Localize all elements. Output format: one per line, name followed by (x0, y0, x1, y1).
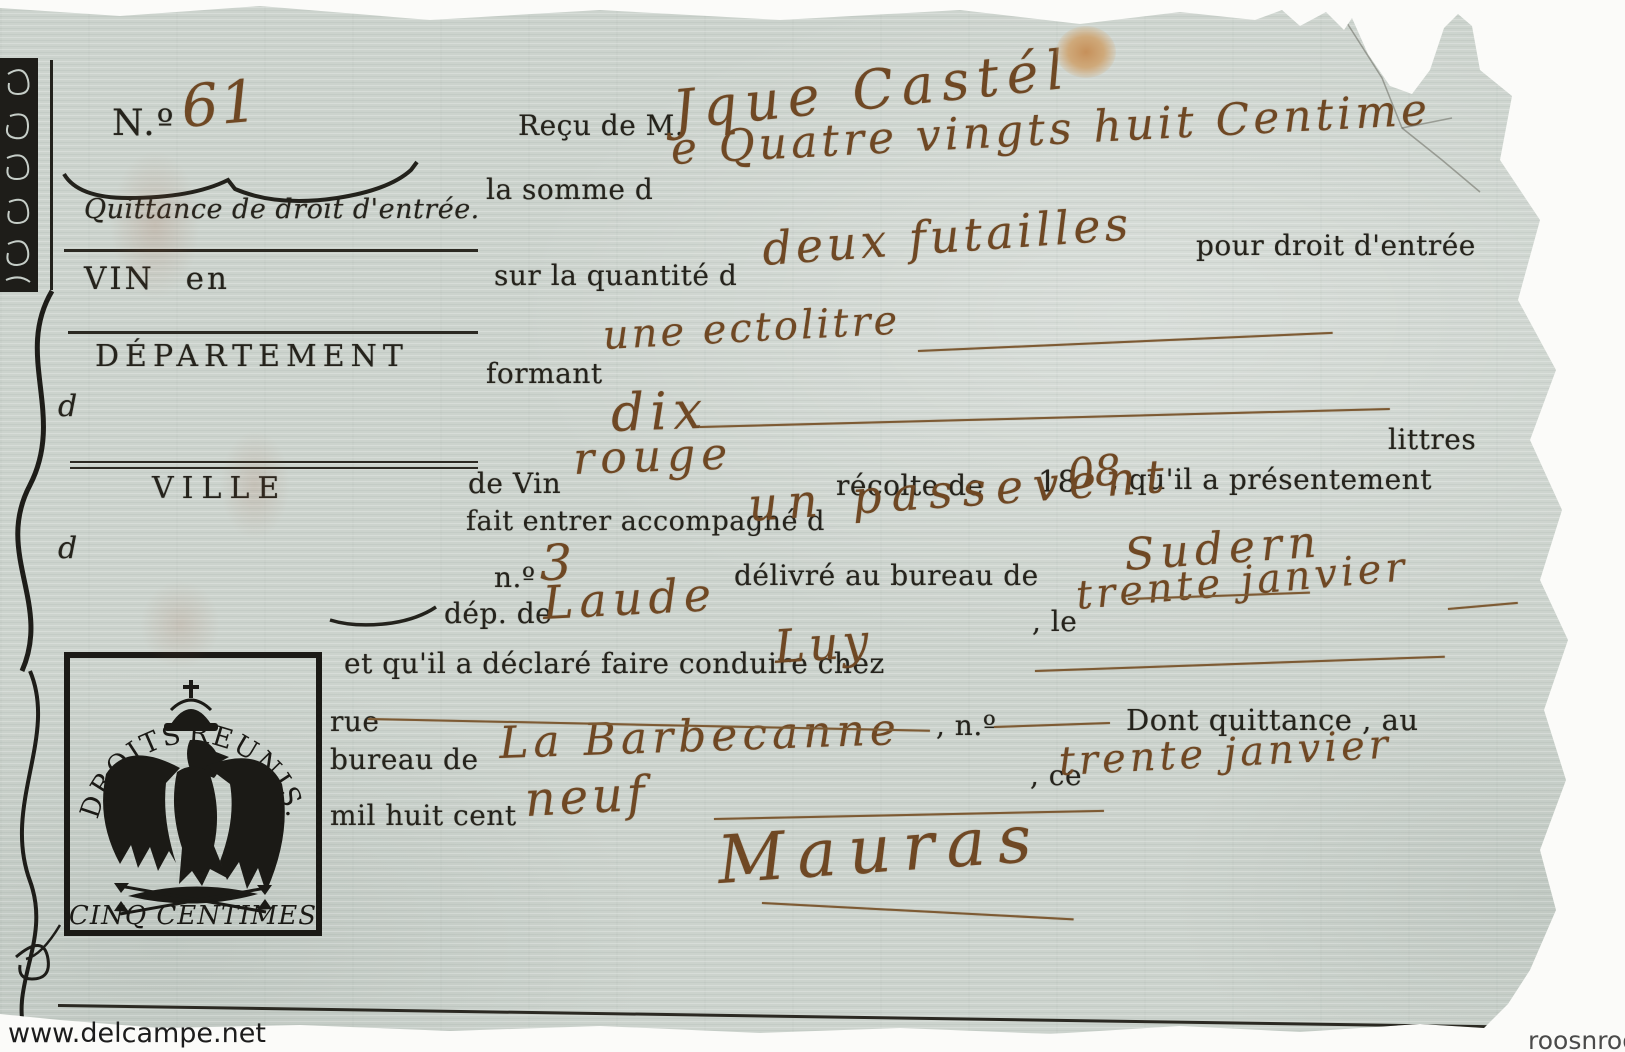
handwritten-bureau-quittance: La Barbecanne (498, 708, 901, 766)
printed-littres: littres (1388, 426, 1476, 454)
label-d1: d (58, 392, 78, 422)
handwritten-date-quittance: trente janvier (1058, 725, 1393, 782)
ink-dash-after-date (1448, 602, 1518, 610)
engraved-border-ornament (0, 58, 58, 296)
printed-bureau-de: bureau de (330, 746, 479, 774)
printed-no1: n.º (494, 564, 536, 592)
doc-title: Quittance de droit d'entrée. (84, 196, 480, 223)
printed-dep-de: dép. de (444, 600, 552, 628)
ink-signature-flourish (762, 902, 1074, 920)
document-scan: N.º 61 Quittance de droit d'entrée. VIN … (0, 0, 1625, 1052)
tear-crease-lines (1150, 0, 1550, 280)
dep-swash (326, 600, 442, 630)
printed-formant: formant (486, 360, 603, 388)
crown-icon (164, 680, 218, 731)
scanned-receipt-image: N.º 61 Quittance de droit d'entrée. VIN … (0, 0, 1625, 1052)
watermark-roosnroos: roosnroos (1528, 1026, 1625, 1052)
printed-delivre-bureau: délivré au bureau de (734, 562, 1039, 590)
divider-rule-3a (70, 461, 478, 463)
stamp-denomination: CINQ CENTIMES (69, 901, 317, 931)
label-d2: d (58, 534, 78, 564)
handwritten-vin-type: rouge (572, 432, 734, 482)
printed-rue: rue (330, 708, 380, 736)
printed-mil-huit-cent: mil huit cent (330, 802, 517, 830)
handwritten-annee: neuf (523, 770, 649, 824)
printed-de-vin: de Vin (468, 470, 561, 498)
handwritten-formant: une ectolitre (602, 300, 901, 356)
divider-rule-3b (70, 467, 478, 469)
number-label: N.º (112, 106, 176, 142)
divider-rule-1 (64, 249, 478, 252)
handwritten-passavant: un passevent (747, 452, 1176, 528)
ink-line-after-chez (1035, 656, 1445, 672)
printed-recu-de-m: Reçu de M. (518, 112, 684, 140)
label-departement: DÉPARTEMENT (95, 342, 409, 372)
watermark-delcampe: www.delcampe.net (8, 1018, 266, 1049)
number-value: 61 (179, 71, 262, 136)
droits-reunis-stamp: DROITS REUNIS. CINQ CENTIMES (64, 652, 322, 936)
printed-le: , le (1032, 608, 1077, 636)
printed-la-somme-d: la somme d (486, 176, 653, 204)
printed-sur-la-quantite: sur la quantité d (494, 262, 737, 290)
printed-no2: , n.º (936, 712, 996, 740)
handwritten-quantite: deux futailles (761, 200, 1134, 272)
label-vin: VIN en (84, 264, 230, 295)
divider-rule-2 (68, 331, 478, 334)
ink-line-after-no2 (994, 722, 1110, 728)
imperial-eagle-icon (103, 740, 285, 914)
handwritten-departement: Laude (542, 571, 718, 626)
bottom-rule (58, 1004, 1494, 1028)
ink-line-after-dix (700, 408, 1390, 428)
label-ville: VILLE (152, 474, 287, 504)
ink-line-after-formant (918, 332, 1333, 352)
handwritten-chez: Luy (773, 617, 874, 670)
